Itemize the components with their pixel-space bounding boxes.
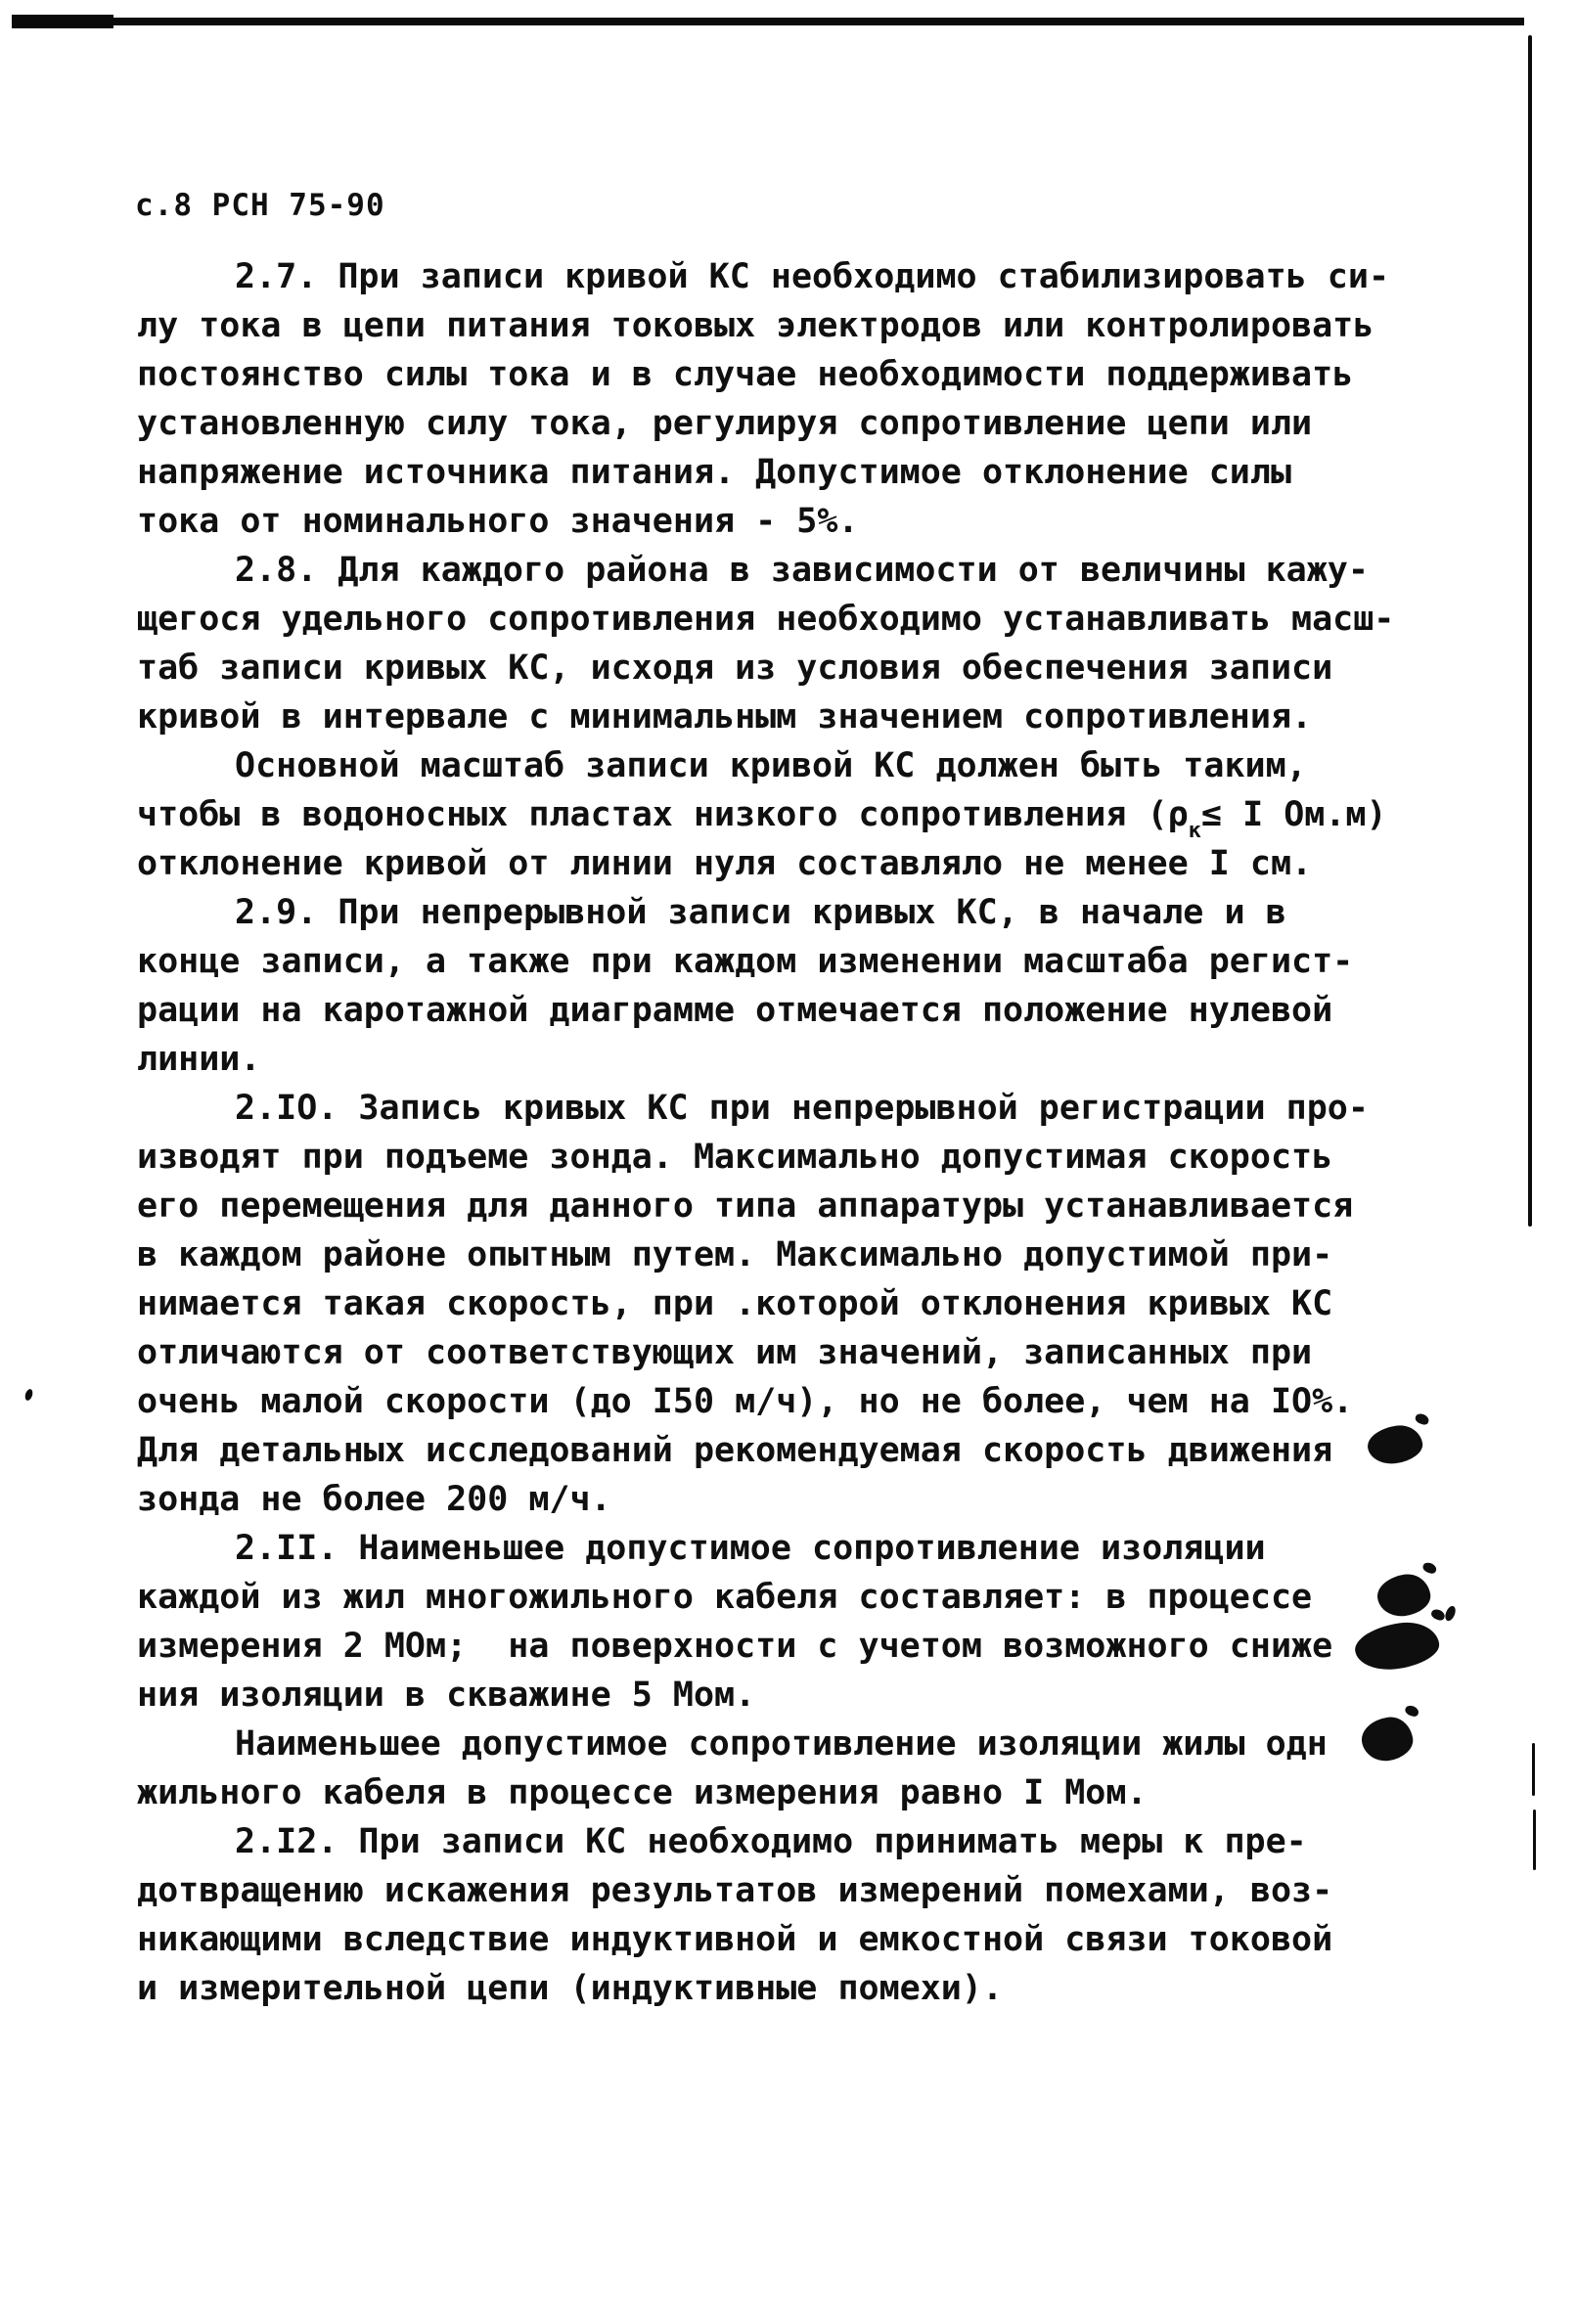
scan-top-border-line bbox=[12, 18, 1524, 25]
text-line: Наименьшее допустимое сопротивление изол… bbox=[137, 1720, 1448, 1768]
text-line: измерения 2 МОм; на поверхности с учетом… bbox=[137, 1622, 1448, 1671]
paragraph-2-8: 2.8. Для каждого района в зависимости от… bbox=[137, 546, 1448, 741]
paragraph-2-12: 2.I2. При записи КС необходимо принимать… bbox=[137, 1817, 1448, 2013]
document-body: 2.7. При записи кривой КС необходимо ста… bbox=[137, 252, 1448, 2013]
paragraph-single-core-note: Наименьшее допустимое сопротивление изол… bbox=[137, 1720, 1448, 1817]
text-line: напряжение источника питания. Допустимое… bbox=[137, 448, 1448, 497]
text-line: кривой в интервале с минимальным значени… bbox=[137, 693, 1448, 741]
text-line: Основной масштаб записи кривой КС должен… bbox=[137, 741, 1448, 790]
text-line: 2.IO. Запись кривых КС при непрерывной р… bbox=[137, 1084, 1448, 1133]
text-line: Для детальных исследований рекомендуемая… bbox=[137, 1426, 1448, 1475]
text-line: ния изоляции в скважине 5 Мом. bbox=[137, 1671, 1448, 1720]
text-line: в каждом районе опытным путем. Максималь… bbox=[137, 1230, 1448, 1279]
text-line: лу тока в цепи питания токовых электродо… bbox=[137, 301, 1448, 350]
paragraph-scale-note: Основной масштаб записи кривой КС должен… bbox=[137, 741, 1448, 888]
text-line: никающими вследствие индуктивной и емкос… bbox=[137, 1915, 1448, 1964]
text-line: 2.7. При записи кривой КС необходимо ста… bbox=[137, 252, 1448, 301]
text-line: каждой из жил многожильного кабеля соста… bbox=[137, 1573, 1448, 1622]
scan-left-margin-speck bbox=[23, 1388, 33, 1402]
text-line: постоянство силы тока и в случае необход… bbox=[137, 350, 1448, 399]
paragraph-2-9: 2.9. При непрерывной записи кривых КС, в… bbox=[137, 888, 1448, 1084]
paragraph-2-11: 2.II. Наименьшее допустимое сопротивлени… bbox=[137, 1524, 1448, 1720]
text-line: дотвращению искажения результатов измере… bbox=[137, 1866, 1448, 1915]
text-line: рации на каротажной диаграмме отмечается… bbox=[137, 986, 1448, 1035]
text-line: его перемещения для данного типа аппарат… bbox=[137, 1182, 1448, 1230]
page-header: с.8 РСН 75-90 bbox=[135, 188, 385, 223]
paragraph-2-10: 2.IO. Запись кривых КС при непрерывной р… bbox=[137, 1084, 1448, 1524]
scan-right-edge-line bbox=[1528, 35, 1532, 1227]
text-line: линии. bbox=[137, 1035, 1448, 1084]
text-line: 2.9. При непрерывной записи кривых КС, в… bbox=[137, 888, 1448, 937]
text-line: таб записи кривых КС, исходя из условия … bbox=[137, 644, 1448, 693]
text-line: 2.II. Наименьшее допустимое сопротивлени… bbox=[137, 1524, 1448, 1573]
text-line: отклонение кривой от линии нуля составля… bbox=[137, 839, 1448, 888]
text-line: 2.8. Для каждого района в зависимости от… bbox=[137, 546, 1448, 595]
text-line: и измерительной цепи (индуктивные помехи… bbox=[137, 1964, 1448, 2013]
scan-right-edge-dash bbox=[1533, 1810, 1536, 1870]
paragraph-2-7: 2.7. При записи кривой КС необходимо ста… bbox=[137, 252, 1448, 546]
text-line: зонда не более 200 м/ч. bbox=[137, 1475, 1448, 1524]
text-line: отличаются от соответствующих им значени… bbox=[137, 1328, 1448, 1377]
text-line: 2.I2. При записи КС необходимо принимать… bbox=[137, 1817, 1448, 1866]
text-line: очень малой скорости (до I50 м/ч), но не… bbox=[137, 1377, 1448, 1426]
text-line: нимается такая скорость, при .которой от… bbox=[137, 1279, 1448, 1328]
text-line: тока от номинального значения - 5%. bbox=[137, 497, 1448, 546]
scanned-document-page: с.8 РСН 75-90 2.7. При записи кривой КС … bbox=[0, 0, 1577, 2324]
text-line: установленную силу тока, регулируя сопро… bbox=[137, 399, 1448, 448]
text-line: жильного кабеля в процессе измерения рав… bbox=[137, 1768, 1448, 1817]
text-line: щегося удельного сопротивления необходим… bbox=[137, 595, 1448, 644]
text-line: чтобы в водоносных пластах низкого сопро… bbox=[137, 790, 1448, 839]
text-line: изводят при подъеме зонда. Максимально д… bbox=[137, 1133, 1448, 1182]
scan-right-edge-dash bbox=[1532, 1743, 1535, 1796]
scan-top-border-thick-segment bbox=[12, 15, 113, 28]
text-line: конце записи, а также при каждом изменен… bbox=[137, 937, 1448, 986]
